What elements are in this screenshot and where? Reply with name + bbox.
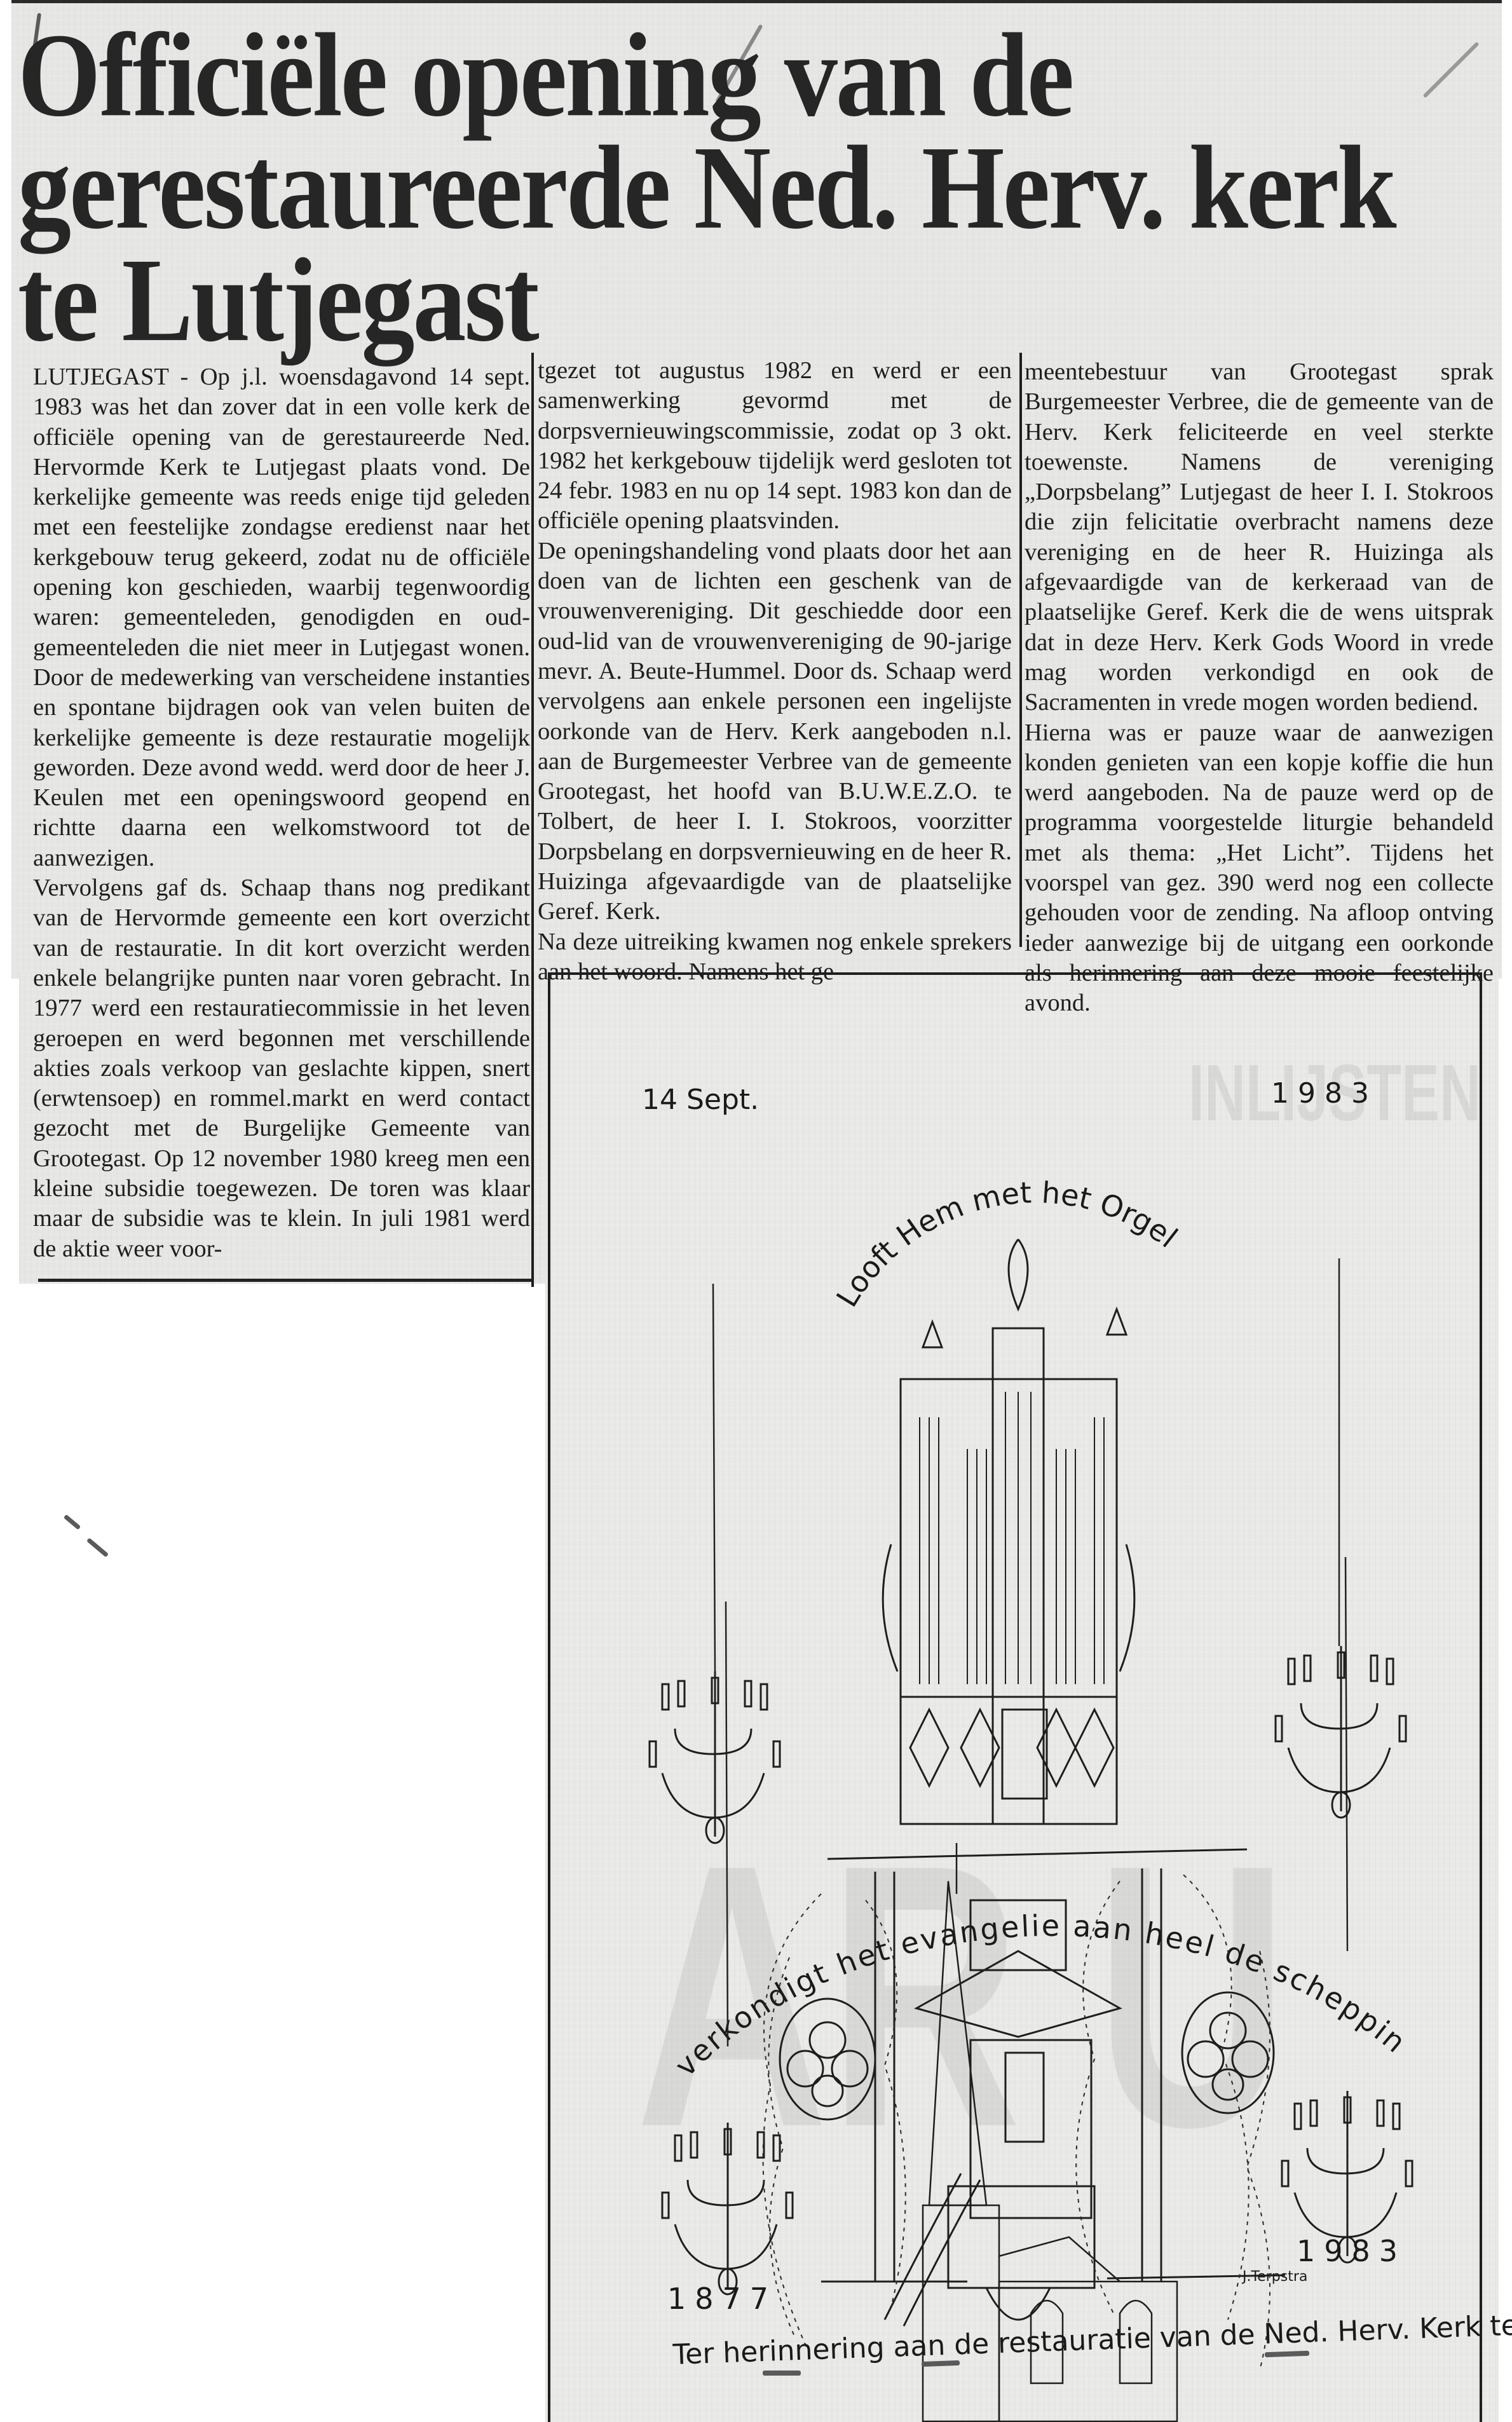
article-column-1: LUTJEGAST - Op j.l. woensdagavond 14 sep… xyxy=(33,362,530,1264)
artist-signature: J.Terpstra xyxy=(1243,2269,1307,2285)
article-paragraph: Vervolgens gaf ds. Schaap thans nog pred… xyxy=(33,873,530,1264)
top-border-rule xyxy=(11,0,1502,3)
staple-mark xyxy=(64,1514,81,1530)
arc-text-top: Looft Hem met het Orgel xyxy=(829,1175,1184,1313)
rose-window-icon xyxy=(780,1992,1274,2119)
article-paragraph: LUTJEGAST - Op j.l. woensdagavond 14 sep… xyxy=(33,362,530,873)
year-restored: 1983 xyxy=(1297,2234,1406,2268)
article-paragraph: meentebestuur van Grootegast sprak Burge… xyxy=(1025,357,1494,718)
column-end-rule xyxy=(38,1279,533,1282)
headline-line: Officiële opening van de xyxy=(18,19,1499,132)
arc-text-middle: verkondigt het evangelie aan heel de sch… xyxy=(548,972,1413,2083)
column-divider xyxy=(1019,353,1022,947)
column-divider xyxy=(531,353,534,1287)
article-column-3: meentebestuur van Grootegast sprak Burge… xyxy=(1025,357,1494,1019)
article-headline: Officiële opening van de gerestaureerde … xyxy=(18,19,1499,357)
year-built: 1877 xyxy=(667,2282,777,2316)
illustration-drawing: Looft Hem met het Orgel verkondigt het e… xyxy=(548,972,1501,2422)
article-paragraph: De openingshandeling vond plaats door he… xyxy=(538,536,1012,927)
headline-line: te Lutjegast xyxy=(18,244,1499,357)
headline-line: gerestaureerde Ned. Herv. kerk xyxy=(18,132,1499,244)
article-paragraph: tgezet tot augustus 1982 en werd er een … xyxy=(538,356,1012,536)
staple-mark xyxy=(86,1537,109,1557)
article-column-2: tgezet tot augustus 1982 en werd er een … xyxy=(538,356,1012,987)
chandelier-icon xyxy=(650,1671,780,1843)
staple-mark xyxy=(763,2371,801,2376)
organ-icon xyxy=(883,1239,1134,1824)
